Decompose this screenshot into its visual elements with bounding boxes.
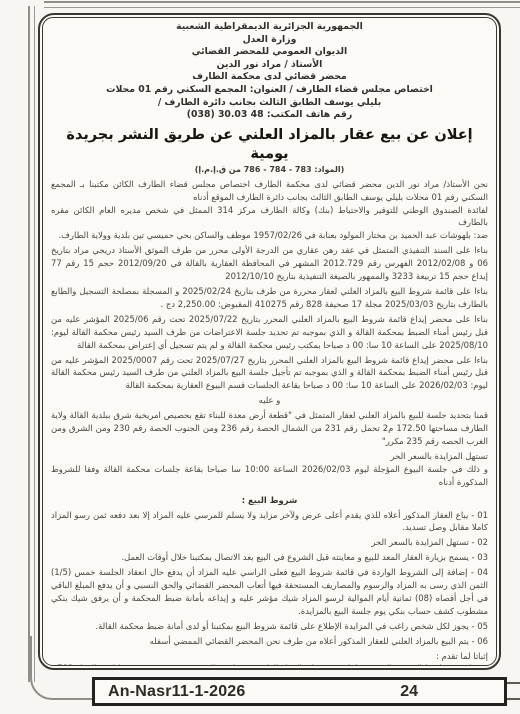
attestation-line: إثباتا لما تقدم : bbox=[51, 650, 488, 663]
newspaper-clipping: الجمهورية الجزائرية الديمقراطية الشعبية … bbox=[0, 0, 520, 714]
notice-border-frame: الجمهورية الجزائرية الديمقراطية الشعبية … bbox=[38, 13, 501, 670]
page-edge-rule-right bbox=[507, 682, 520, 700]
page-edge-rule-left bbox=[28, 6, 35, 682]
sale-condition-1: 01 - يباع العقار المذكور أعلاه للذي يقدم… bbox=[51, 509, 488, 535]
notice-inner-frame: الجمهورية الجزائرية الديمقراطية الشعبية … bbox=[42, 17, 497, 666]
ministry-name: وزارة العدل bbox=[51, 34, 488, 47]
office-phone: رقم هاتف المكتب: 48 30.03 (038) bbox=[51, 109, 488, 122]
basis-deposit-1-paragraph: بناءا على محضر إيداع قائمة شروط البيع با… bbox=[51, 313, 488, 352]
sale-condition-2: 02 - تستهل المزايدة بالسعر الحر bbox=[51, 536, 488, 549]
newspaper-footer-bar: An-Nasr11-1-2026 24 bbox=[92, 677, 507, 706]
page-edge-rule-top bbox=[44, 1, 520, 8]
conditions-heading: شروط البيع : bbox=[51, 494, 488, 507]
office-address-line: بليلي يوسف الطابق الثالث بجانب دائرة الط… bbox=[51, 97, 488, 110]
sale-condition-3: 03 - يسمح بزيارة العقار المعد للبيع و مع… bbox=[51, 551, 488, 564]
sale-condition-4: 04 - إضافة إلى الشروط الواردة في قائمة ش… bbox=[51, 566, 488, 618]
page-number: 24 bbox=[400, 683, 418, 701]
sale-condition-5: 05 - يجوز لكل شخص راغب في المزايدة الإطل… bbox=[51, 620, 488, 633]
basis-deed-paragraph: بناءا على السند التنفيذي المتمثل في عقد … bbox=[51, 244, 488, 283]
bailiff-title: محضر قضائي لدى محكمة الطارف bbox=[51, 71, 488, 84]
country-name: الجمهورية الجزائرية الديمقراطية الشعبية bbox=[51, 21, 488, 34]
newspaper-name-date: An-Nasr11-1-2026 bbox=[108, 683, 246, 701]
basis-conditions-list-paragraph: بناءا على قائمة شروط البيع بالمزاد العلن… bbox=[51, 285, 488, 311]
beneficiary-paragraph: لفائدة الصندوق الوطني للتوفير والاحتياط … bbox=[51, 204, 488, 230]
notice-body: نحن الأستاذ/ مراد نور الدين محضر قضائي ل… bbox=[51, 178, 488, 666]
sale-condition-6: 06 - يتم البيع بالمزاد العلني للعقار الم… bbox=[51, 635, 488, 648]
whereupon-line: و عليه bbox=[51, 394, 488, 407]
notice-title: إعلان عن بيع عقار بالمزاد العلني عن طريق… bbox=[51, 126, 488, 164]
letterhead: الجمهورية الجزائرية الديمقراطية الشعبية … bbox=[51, 21, 488, 122]
defendant-paragraph: ضد: بلهوشات عبد الحميد بن مختار المولود … bbox=[51, 229, 488, 242]
office-name: الديوان العمومي للمحضر القضائي bbox=[51, 46, 488, 59]
basis-deposit-2-paragraph: بناءا على محضر إيداع قائمة شروط البيع با… bbox=[51, 354, 488, 393]
session-details-paragraph: و ذلك في جلسة البيوع المؤجلة ليوم 2026/0… bbox=[51, 463, 488, 489]
opening-price-line: تستهل المزايدة بالسعر الحر bbox=[51, 450, 488, 463]
intro-paragraph: نحن الأستاذ/ مراد نور الدين محضر قضائي ل… bbox=[51, 178, 488, 204]
jurisdiction-line: اختصاص مجلس قضاء الطارف / العنوان: المجم… bbox=[51, 84, 488, 97]
closing-paragraph: حررنا و مضينا هذا المحضر المتضمن إعلان ب… bbox=[51, 662, 488, 666]
legal-articles-subtitle: (المواد: 783 - 784 - 786 من ق.إ.م.إ) bbox=[51, 165, 488, 175]
bailiff-name: الأستاذ / مراد نور الدين bbox=[51, 59, 488, 72]
property-description-paragraph: قمنا بتحديد جلسة للبيع بالمزاد العلني لع… bbox=[51, 409, 488, 448]
